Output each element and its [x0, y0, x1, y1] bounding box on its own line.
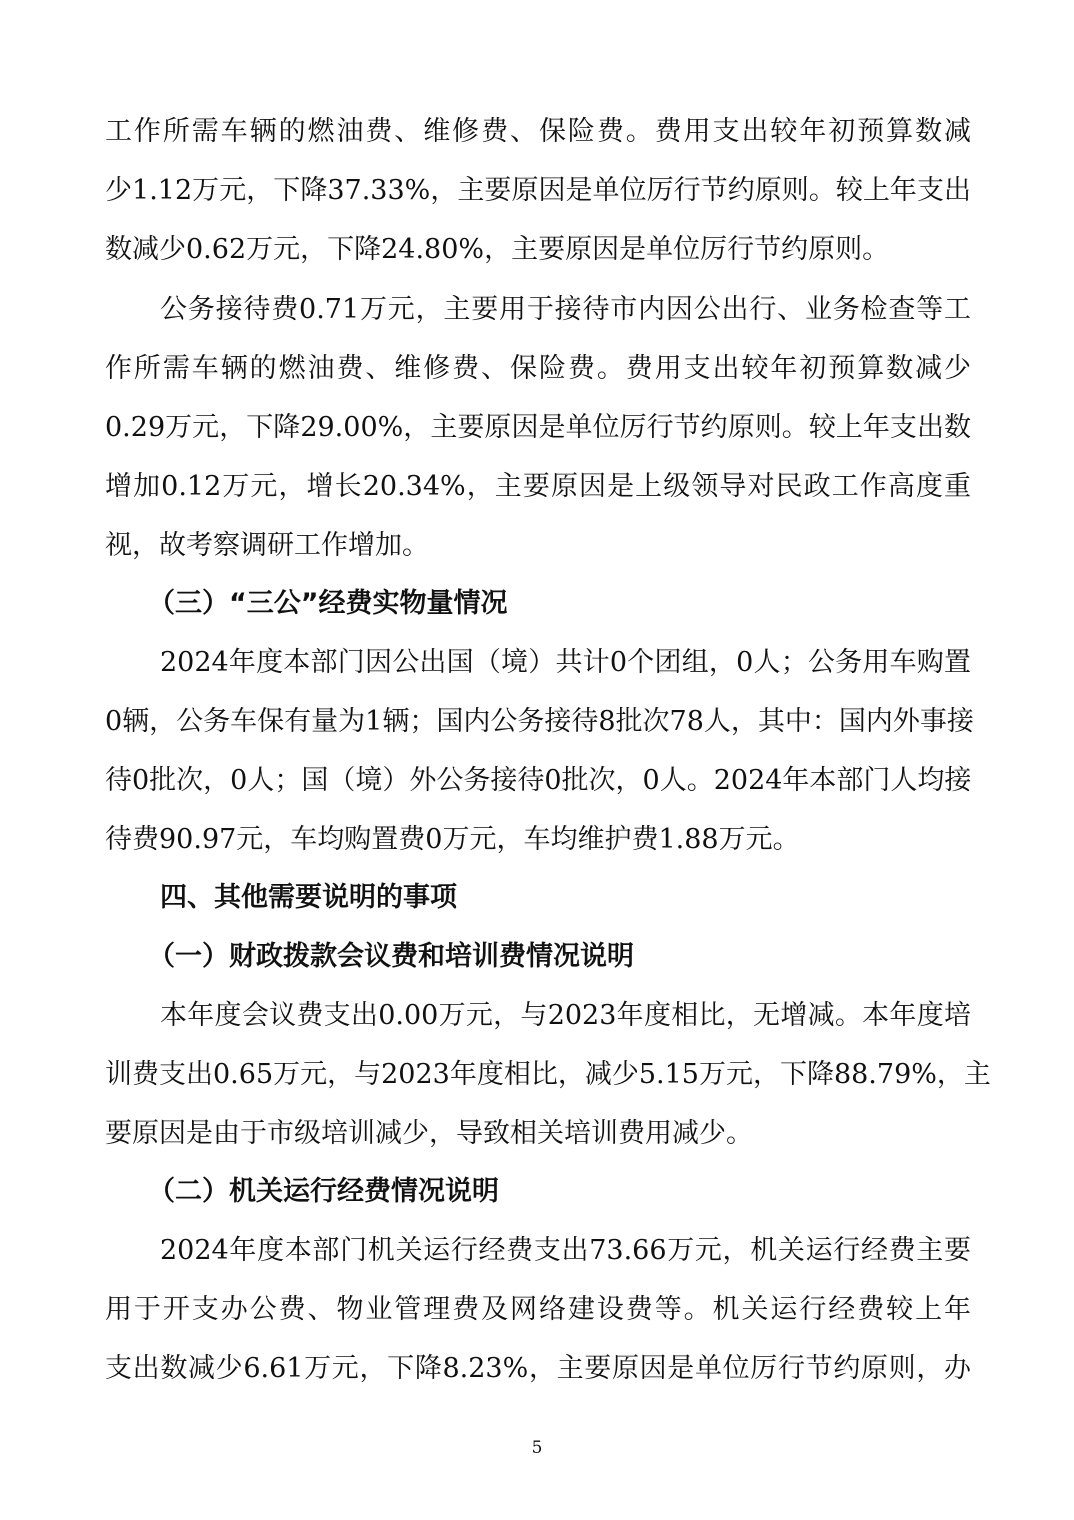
paragraph-line: 数减少0.62万元，下降24.80%，主要原因是单位厉行节约原则。 — [105, 230, 971, 270]
paragraph-line: 本年度会议费支出0.00万元，与2023年度相比，无增减。本年度培 — [160, 996, 971, 1036]
section-heading: 四、其他需要说明的事项 — [160, 878, 457, 918]
paragraph-line: 增加0.12万元，增长20.34%，主要原因是上级领导对民政工作高度重 — [105, 467, 971, 507]
paragraph-line: 作所需车辆的燃油费、维修费、保险费。费用支出较年初预算数减少 — [105, 349, 971, 389]
subsection-heading: （一）财政拨款会议费和培训费情况说明 — [148, 937, 634, 977]
paragraph-line: 0.29万元，下降29.00%，主要原因是单位厉行节约原则。较上年支出数 — [105, 408, 971, 448]
paragraph-line: 工作所需车辆的燃油费、维修费、保险费。费用支出较年初预算数减 — [105, 112, 971, 152]
paragraph-line: 待费90.97元，车均购置费0万元，车均维护费1.88万元。 — [105, 820, 971, 860]
paragraph-line: 公务接待费0.71万元，主要用于接待市内因公出行、业务检查等工 — [160, 290, 971, 330]
paragraph-line: 少1.12万元，下降37.33%，主要原因是单位厉行节约原则。较上年支出 — [105, 171, 971, 211]
paragraph-line: 0辆，公务车保有量为1辆；国内公务接待8批次78人，其中：国内外事接 — [105, 702, 971, 742]
paragraph-line: 2024年度本部门因公出国（境）共计0个团组，0人；公务用车购置 — [160, 643, 971, 683]
paragraph-line: 待0批次，0人；国（境）外公务接待0批次，0人。2024年本部门人均接 — [105, 761, 971, 801]
paragraph-line: 视，故考察调研工作增加。 — [105, 526, 971, 566]
document-page: 工作所需车辆的燃油费、维修费、保险费。费用支出较年初预算数减 少1.12万元，下… — [0, 0, 1074, 1520]
subsection-heading: （二）机关运行经费情况说明 — [148, 1172, 499, 1212]
section-heading: （三）“三公”经费实物量情况 — [148, 584, 508, 624]
page-number: 5 — [0, 1436, 1074, 1460]
paragraph-line: 2024年度本部门机关运行经费支出73.66万元，机关运行经费主要 — [160, 1231, 971, 1271]
paragraph-line: 用于开支办公费、物业管理费及网络建设费等。机关运行经费较上年 — [105, 1290, 971, 1330]
paragraph-line: 训费支出0.65万元，与2023年度相比，减少5.15万元，下降88.79%，主 — [105, 1055, 971, 1095]
paragraph-line: 要原因是由于市级培训减少，导致相关培训费用减少。 — [105, 1114, 971, 1154]
paragraph-line: 支出数减少6.61万元，下降8.23%，主要原因是单位厉行节约原则，办 — [105, 1349, 971, 1389]
